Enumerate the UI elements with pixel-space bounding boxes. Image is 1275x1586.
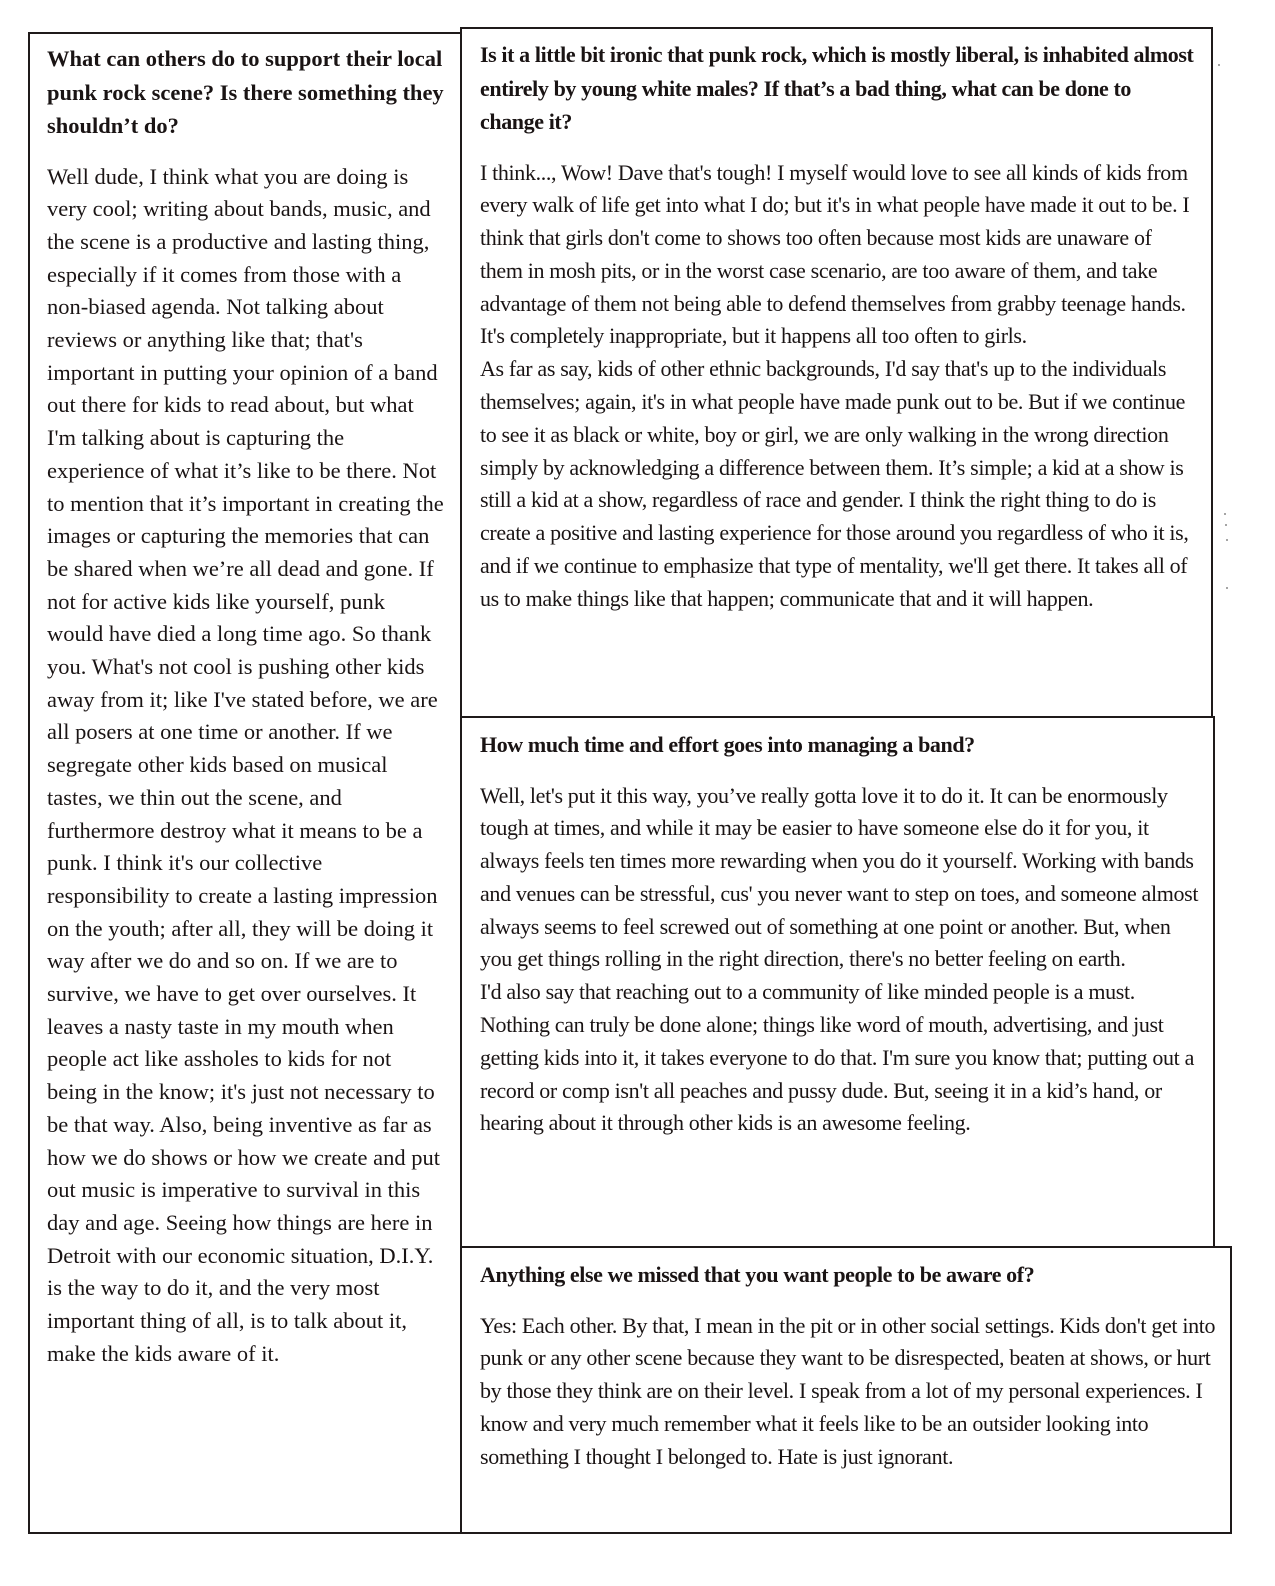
answer-paragraph: Yes: Each other. By that, I mean in the … — [480, 1310, 1218, 1474]
interview-box-anything-else: Anything else we missed that you want pe… — [460, 1246, 1232, 1534]
question-heading: How much time and effort goes into manag… — [480, 728, 1201, 762]
answer-paragraph: I think..., Wow! Dave that's tough! I my… — [480, 157, 1199, 354]
answer-text: Yes: Each other. By that, I mean in the … — [480, 1310, 1218, 1474]
question-heading: What can others do to support their loca… — [47, 42, 446, 143]
scan-speck — [1226, 587, 1228, 589]
answer-paragraph: Well, let's put it this way, you’ve real… — [480, 780, 1201, 977]
answer-text: Well, let's put it this way, you’ve real… — [480, 780, 1201, 1141]
answer-paragraph: As far as say, kids of other ethnic back… — [480, 353, 1199, 615]
interview-box-support-scene: What can others do to support their loca… — [28, 32, 462, 1534]
answer-text: Well dude, I think what you are doing is… — [47, 161, 446, 1371]
answer-paragraph: I'd also say that reaching out to a comm… — [480, 976, 1201, 1140]
question-heading: Anything else we missed that you want pe… — [480, 1258, 1218, 1292]
scan-speck — [1224, 513, 1226, 515]
scan-speck — [1226, 539, 1228, 541]
interview-box-diversity: Is it a little bit ironic that punk rock… — [460, 27, 1213, 718]
scan-speck — [1218, 64, 1220, 66]
interview-box-managing-band: How much time and effort goes into manag… — [460, 716, 1215, 1248]
answer-text: I think..., Wow! Dave that's tough! I my… — [480, 157, 1199, 616]
scan-speck — [1225, 524, 1227, 526]
answer-paragraph: Well dude, I think what you are doing is… — [47, 161, 446, 1371]
question-heading: Is it a little bit ironic that punk rock… — [480, 38, 1199, 139]
